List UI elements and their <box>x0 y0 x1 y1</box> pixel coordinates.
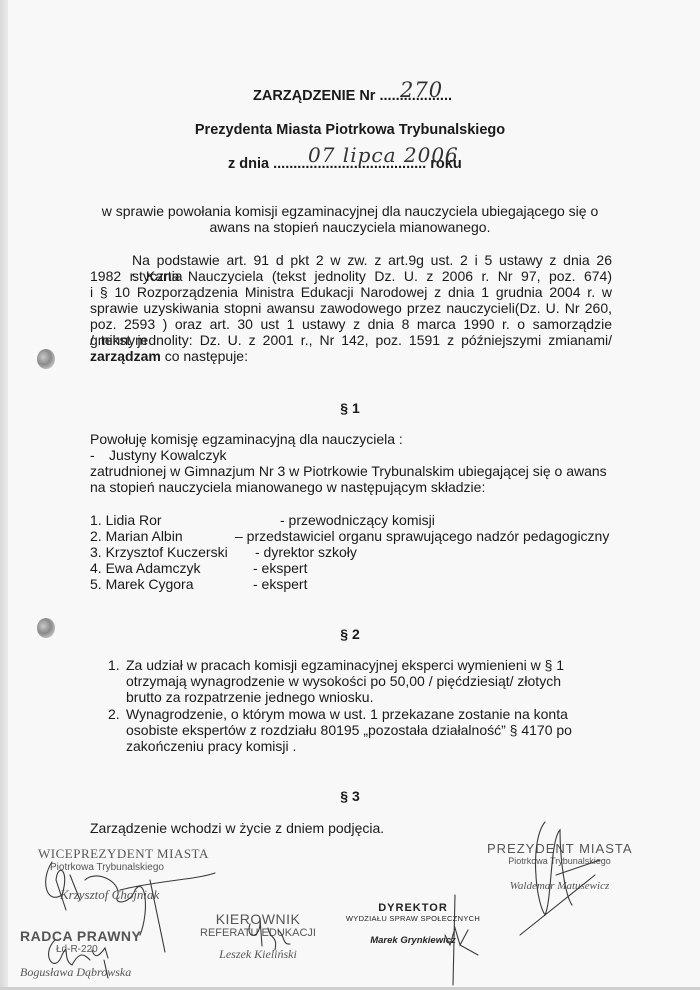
document-page: ZARZĄDZENIE Nr .................. 270 Pr… <box>0 0 700 990</box>
signature-strokes <box>0 0 700 990</box>
